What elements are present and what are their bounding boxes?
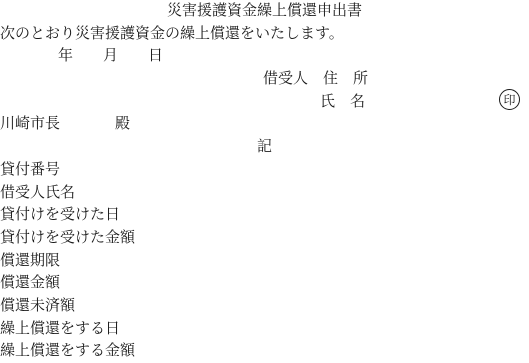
seal-character: 印	[503, 94, 515, 106]
borrower-address-line: 借受人住 所	[0, 68, 529, 91]
document-page: 災害援護資金繰上償還申出書 次のとおり災害援護資金の繰上償還をいたします。 年 …	[0, 0, 529, 363]
date-line: 年 月 日	[0, 45, 529, 68]
addressee-label: 川崎市長	[0, 116, 60, 132]
field-repayment-amount: 償還金額	[0, 272, 529, 295]
intro-text: 次のとおり災害援護資金の繰上償還をいたします。	[0, 23, 529, 46]
field-repayment-deadline: 償還期限	[0, 250, 529, 273]
field-loan-number: 貸付番号	[0, 159, 529, 182]
borrower-name-line: 氏 名	[0, 91, 529, 114]
page-title: 災害援護資金繰上償還申出書	[0, 0, 529, 23]
name-label: 氏 名	[320, 94, 365, 110]
borrower-label: 借受人	[263, 71, 308, 87]
field-loan-date: 貸付けを受けた日	[0, 204, 529, 227]
field-outstanding-amount: 償還未済額	[0, 295, 529, 318]
field-early-repayment-date: 繰上償還をする日	[0, 318, 529, 341]
field-loan-amount: 貸付けを受けた金額	[0, 227, 529, 250]
seal-stamp-icon: 印	[499, 89, 520, 110]
ki-heading: 記	[0, 136, 529, 159]
honorific-label: 殿	[115, 116, 130, 132]
field-early-repayment-amount: 繰上償還をする金額	[0, 340, 529, 363]
address-label: 住 所	[323, 71, 368, 87]
addressee-line: 川崎市長殿	[0, 113, 529, 136]
field-borrower-name: 借受人氏名	[0, 182, 529, 205]
